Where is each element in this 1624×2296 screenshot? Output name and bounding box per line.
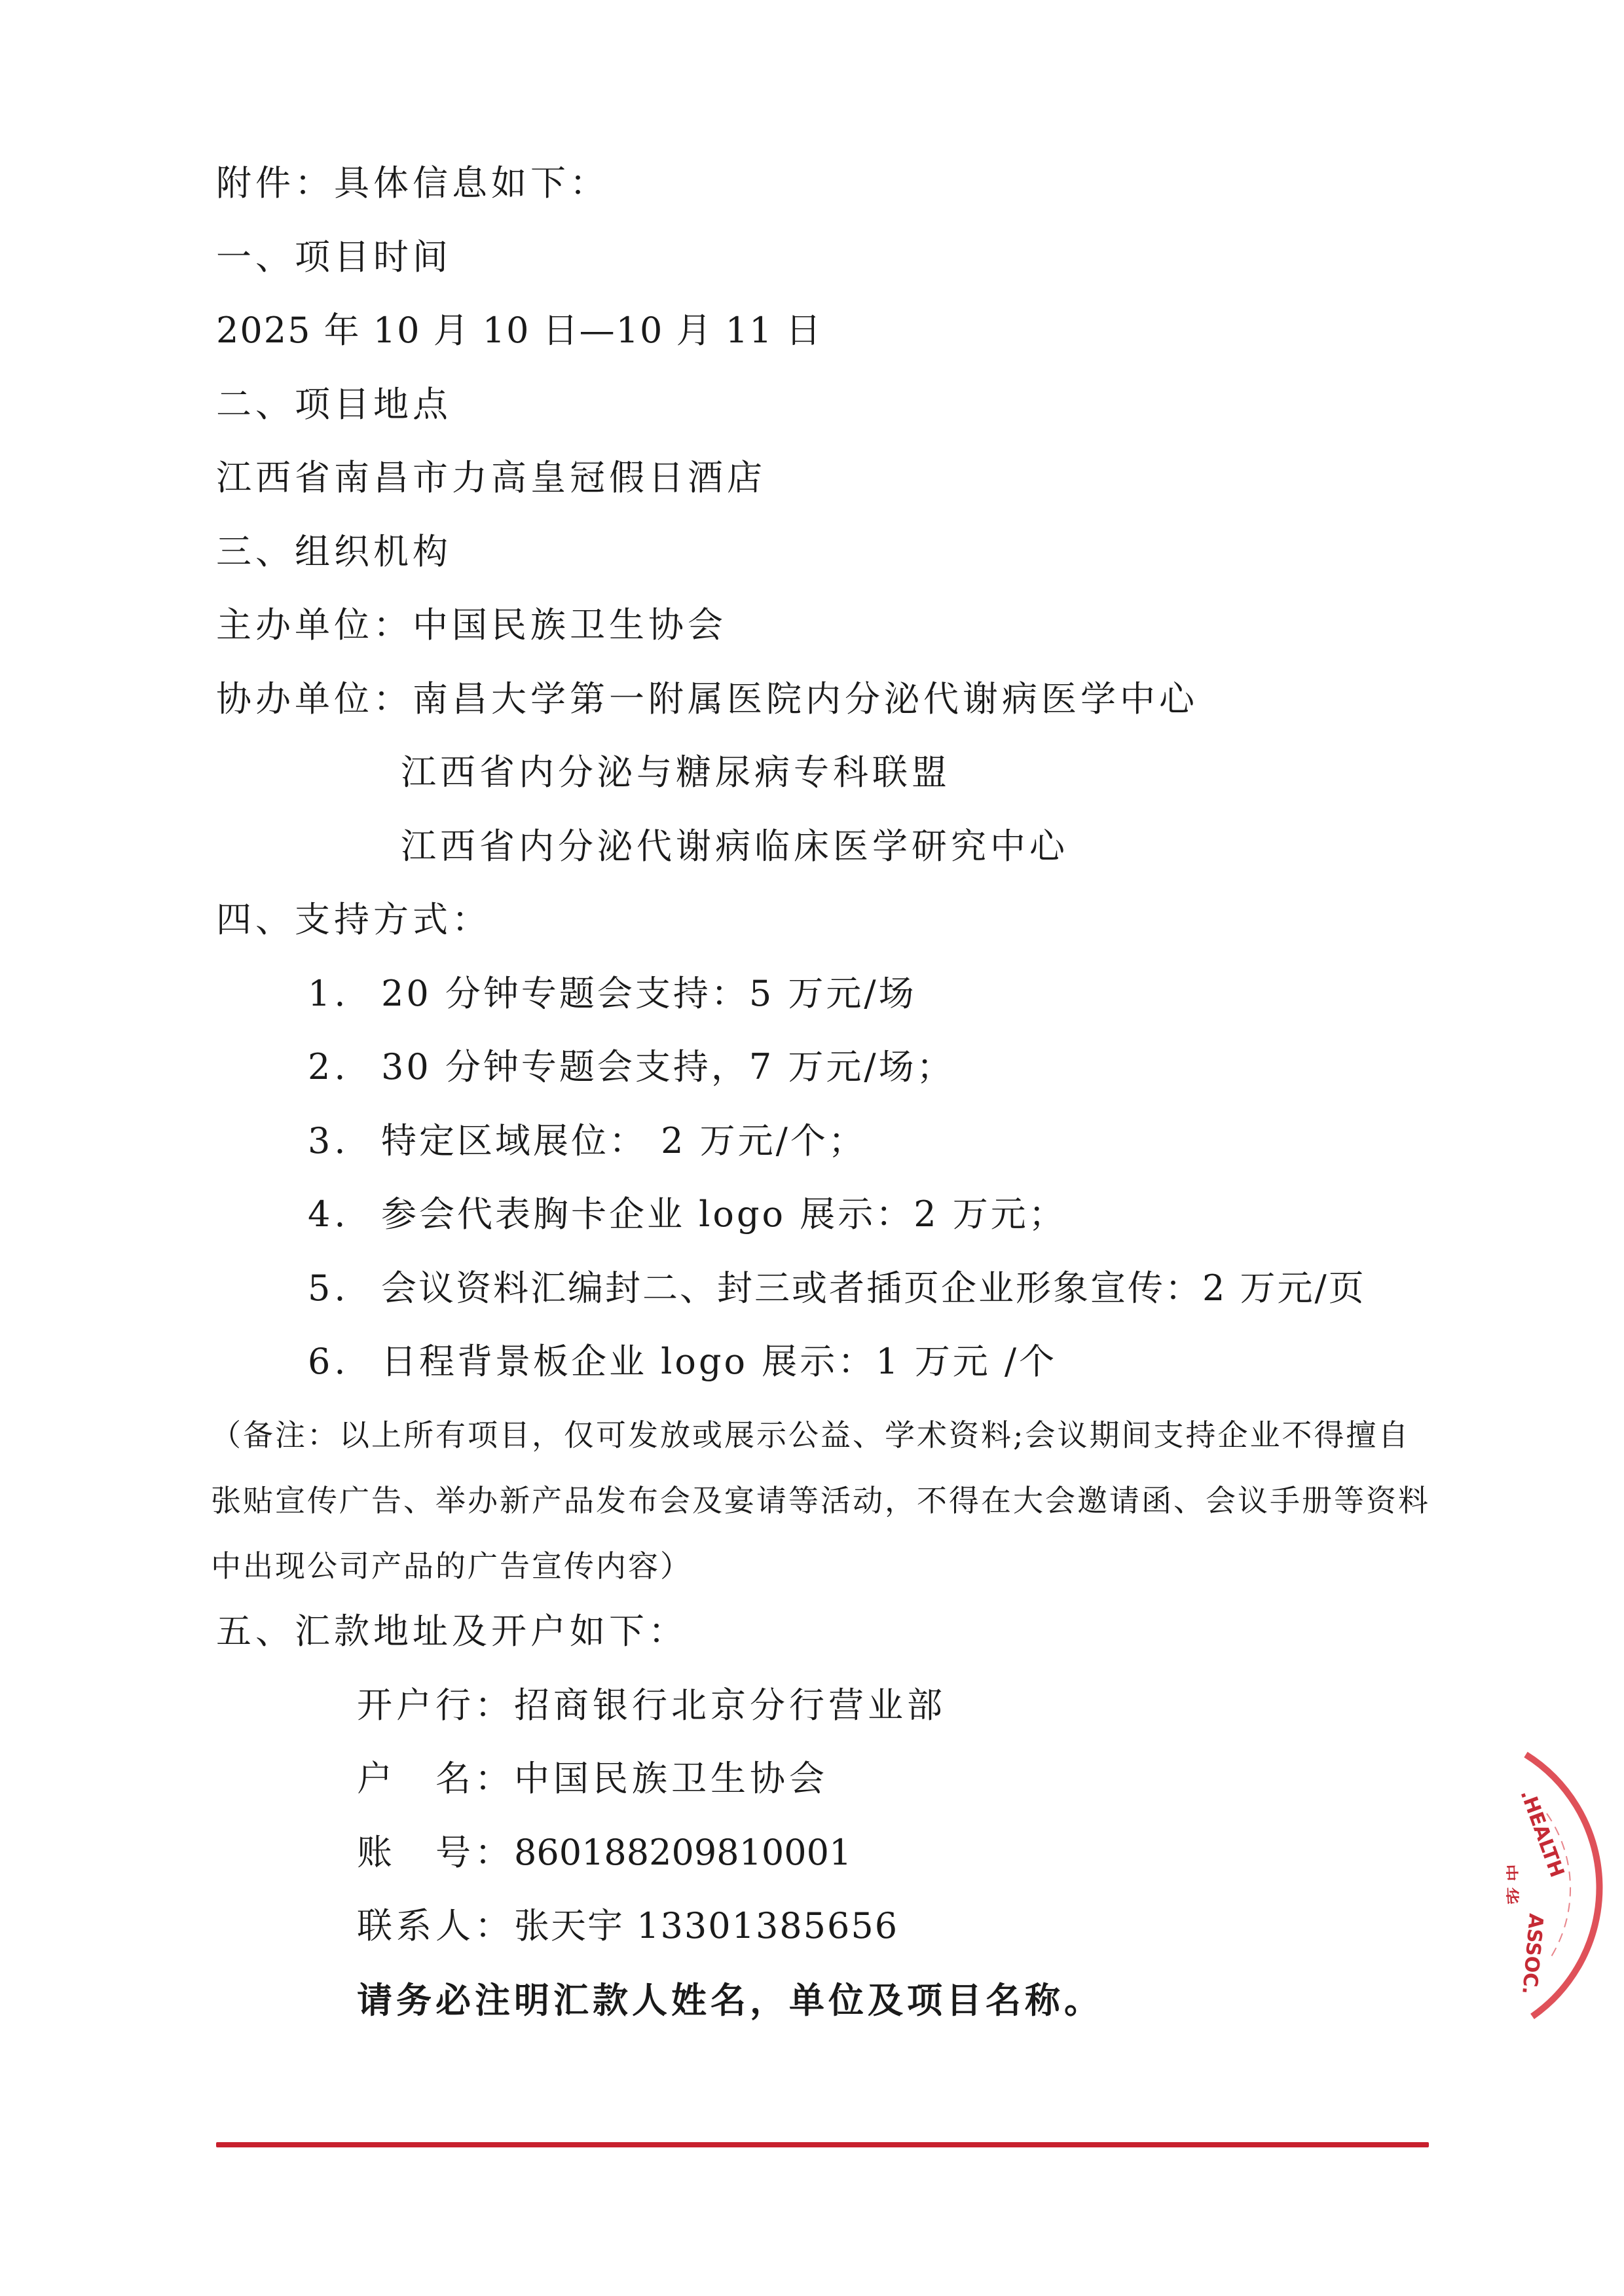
support-item-text: 会议资料汇编封二、封三或者插页企业形象宣传：2 万元/页 <box>381 1267 1366 1309</box>
support-item-number: 5. <box>308 1267 350 1309</box>
seal-arc-icon: .HEALTH ASSOC. 中 华 <box>1506 1741 1624 2030</box>
bank-name: 招商银行北京分行营业部 <box>514 1685 946 1726</box>
footer-red-rule <box>216 2142 1429 2147</box>
support-item-number: 4. <box>308 1194 350 1235</box>
account-number: 860188209810001 <box>514 1832 851 1873</box>
host-name: 中国民族卫生协会 <box>413 604 727 646</box>
contact-person: 张天宇 13301385656 <box>514 1905 898 1946</box>
section-location-heading: 二、项目地点 <box>216 384 452 426</box>
cohost-name: 南昌大学第一附属医院内分泌代谢病医学中心 <box>413 678 1198 720</box>
svg-text:中 华: 中 华 <box>1506 1864 1520 1904</box>
host-label: 主办单位： <box>216 604 413 646</box>
cohost-name: 江西省内分泌代谢病临床医学研究中心 <box>401 826 1069 867</box>
account-number-row: 账 号：860188209810001 <box>357 1832 851 1874</box>
cohost-label: 协办单位： <box>216 678 413 720</box>
support-item-number: 3. <box>308 1120 350 1162</box>
support-note-line: （备注：以上所有项目，仅可发放或展示公益、学术资料;会议期间支持企业不得擅自 <box>211 1414 1411 1456</box>
support-item-text: 日程背景板企业 logo 展示：1 万元 /个 <box>381 1341 1057 1383</box>
account-name-label: 户 名： <box>357 1758 514 1799</box>
bank-row: 开户行：招商银行北京分行营业部 <box>357 1685 946 1726</box>
account-name: 中国民族卫生协会 <box>514 1758 828 1799</box>
section-time-heading: 一、项目时间 <box>216 236 452 278</box>
svg-text:ASSOC.: ASSOC. <box>1517 1912 1547 1995</box>
section-organization-heading: 三、组织机构 <box>216 531 452 573</box>
support-note-line: 中出现公司产品的广告宣传内容） <box>211 1545 692 1587</box>
cohost-row: 协办单位：南昌大学第一附属医院内分泌代谢病医学中心 <box>216 678 1198 720</box>
support-item-number: 1. <box>308 973 350 1015</box>
support-item-number: 2. <box>308 1046 350 1088</box>
section-support-heading: 四、支持方式： <box>216 899 491 941</box>
host-row: 主办单位：中国民族卫生协会 <box>216 604 727 646</box>
account-name-row: 户 名：中国民族卫生协会 <box>357 1758 828 1800</box>
section-payment-heading: 五、汇款地址及开户如下： <box>216 1611 688 1652</box>
bank-label: 开户行： <box>357 1685 514 1726</box>
contact-row: 联系人：张天宇 13301385656 <box>357 1905 898 1947</box>
support-note-line: 张贴宣传广告、举办新产品发布会及宴请等活动，不得在大会邀请函、会议手册等资料 <box>211 1480 1430 1522</box>
svg-text:.HEALTH: .HEALTH <box>1515 1787 1568 1880</box>
official-seal-stamp: .HEALTH ASSOC. 中 华 <box>1506 1741 1624 2030</box>
support-item-text: 30 分钟专题会支持，7 万元/场； <box>381 1046 955 1088</box>
project-dates: 2025 年 10 月 10 日—10 月 11 日 <box>216 310 822 352</box>
document-page: 附件：具体信息如下： 一、项目时间 2025 年 10 月 10 日—10 月 … <box>0 0 1624 2296</box>
project-location: 江西省南昌市力高皇冠假日酒店 <box>216 457 766 499</box>
support-item-text: 特定区域展位： 2 万元/个； <box>381 1120 866 1162</box>
cohost-name: 江西省内分泌与糖尿病专科联盟 <box>401 752 951 793</box>
support-item-number: 6. <box>308 1341 350 1383</box>
attachment-heading: 附件：具体信息如下： <box>216 162 609 204</box>
contact-label: 联系人： <box>357 1905 514 1946</box>
support-item-text: 20 分钟专题会支持：5 万元/场 <box>381 973 917 1015</box>
support-item-text: 参会代表胸卡企业 logo 展示：2 万元； <box>381 1194 1067 1235</box>
payment-reminder: 请务必注明汇款人姓名，单位及项目名称。 <box>357 1979 1103 2021</box>
account-number-label: 账 号： <box>357 1832 514 1873</box>
